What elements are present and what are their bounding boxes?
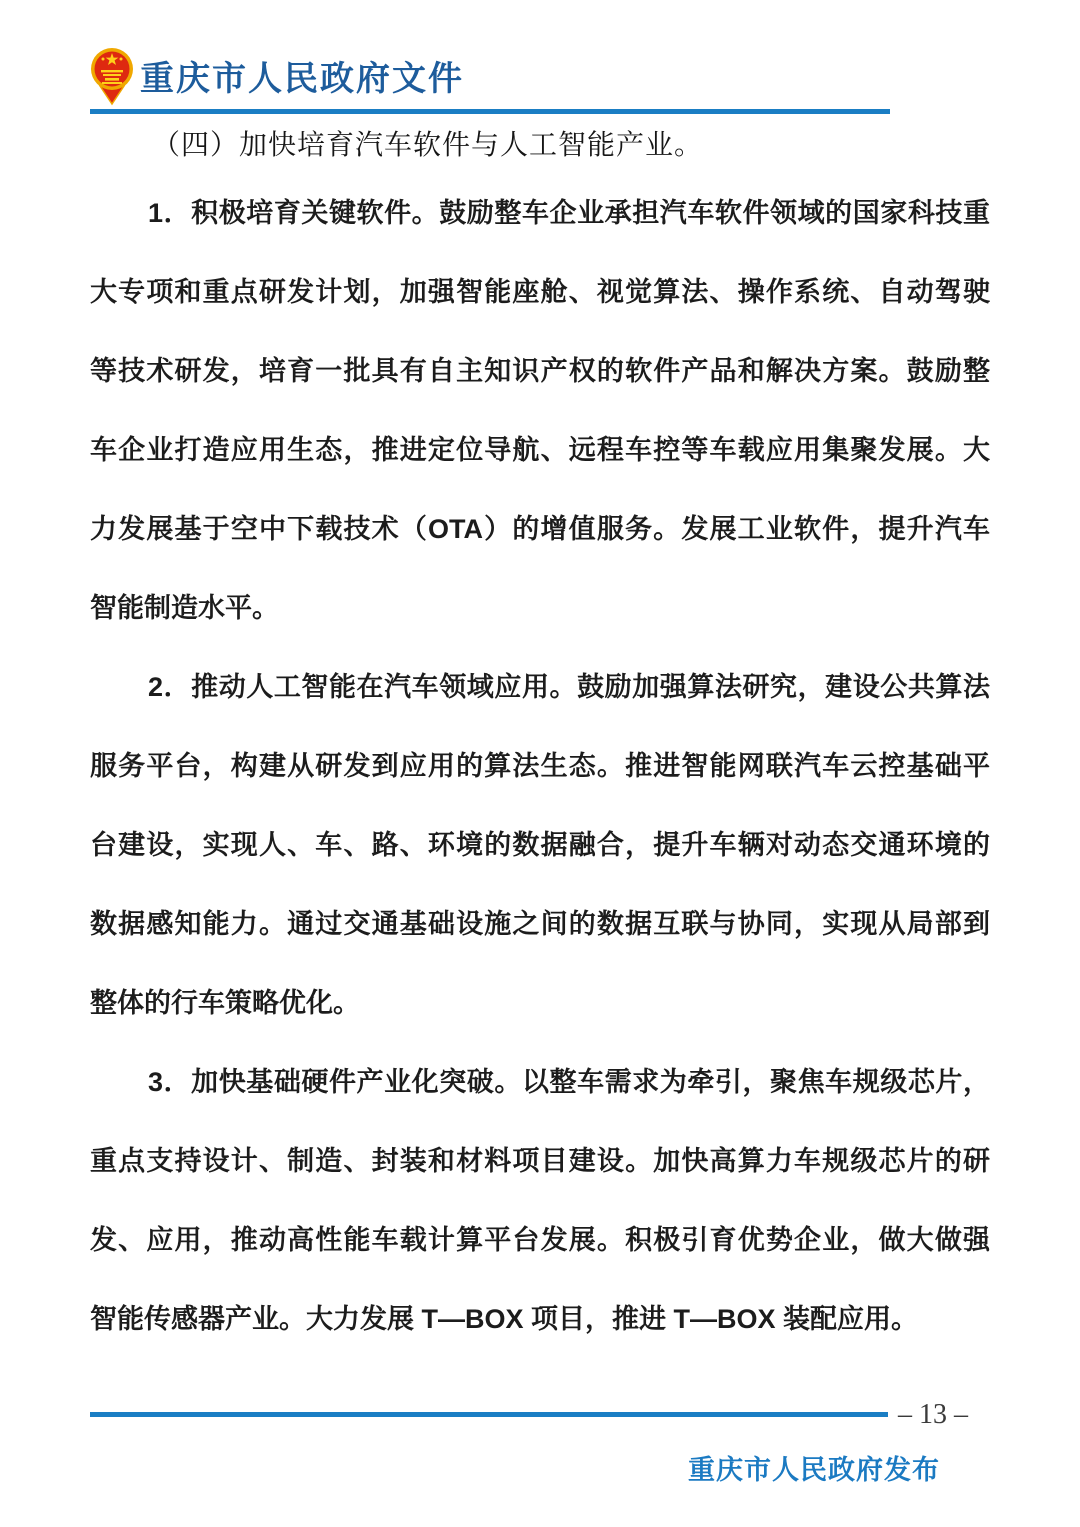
publisher-label: 重庆市人民政府发布	[688, 1448, 940, 1487]
text-line: 智能传感器产业。大力发展 T—BOX 项目，推进 T—BOX 装配应用。	[90, 1280, 990, 1359]
text-line: 等技术研发，培育一批具有自主知识产权的软件产品和解决方案。鼓励整	[90, 332, 990, 411]
text-line: 发、应用，推动高性能车载计算平台发展。积极引育优势企业，做大做强	[90, 1201, 990, 1280]
text-line: 1．积极培育关键软件。鼓励整车企业承担汽车软件领域的国家科技重	[90, 174, 990, 253]
section-heading: （四）加快培育汽车软件与人工智能产业。	[90, 126, 990, 174]
text-line: 台建设，实现人、车、路、环境的数据融合，提升车辆对动态交通环境的	[90, 806, 990, 885]
text-line: 重点支持设计、制造、封装和材料项目建设。加快高算力车规级芯片的研	[90, 1122, 990, 1201]
text-line: 车企业打造应用生态，推进定位导航、远程车控等车载应用集聚发展。大	[90, 411, 990, 490]
page-number: – 13 –	[868, 1400, 998, 1430]
text-line: 整体的行车策略优化。	[90, 964, 990, 1043]
header-row: 重庆市人民政府文件	[90, 44, 890, 106]
document-body: （四）加快培育汽车软件与人工智能产业。 1．积极培育关键软件。鼓励整车企业承担汽…	[90, 126, 990, 1359]
header-title: 重庆市人民政府文件	[140, 51, 464, 100]
text-line: 2．推动人工智能在汽车领域应用。鼓励加强算法研究，建设公共算法	[90, 648, 990, 727]
footer-divider	[90, 1412, 888, 1417]
text-line: 力发展基于空中下载技术（OTA）的增值服务。发展工业软件，提升汽车	[90, 490, 990, 569]
document-header: 重庆市人民政府文件	[90, 44, 890, 114]
text-line: 大专项和重点研发计划，加强智能座舱、视觉算法、操作系统、自动驾驶	[90, 253, 990, 332]
text-line: 数据感知能力。通过交通基础设施之间的数据互联与协同，实现从局部到	[90, 885, 990, 964]
text-line: 服务平台，构建从研发到应用的算法生态。推进智能网联汽车云控基础平	[90, 727, 990, 806]
document-page: 重庆市人民政府文件 （四）加快培育汽车软件与人工智能产业。 1．积极培育关键软件…	[0, 0, 1080, 1527]
text-line: 3．加快基础硬件产业化突破。以整车需求为牵引，聚焦车规级芯片，	[90, 1043, 990, 1122]
text-line: 智能制造水平。	[90, 569, 990, 648]
header-divider	[90, 109, 890, 114]
national-emblem-icon	[90, 44, 134, 106]
